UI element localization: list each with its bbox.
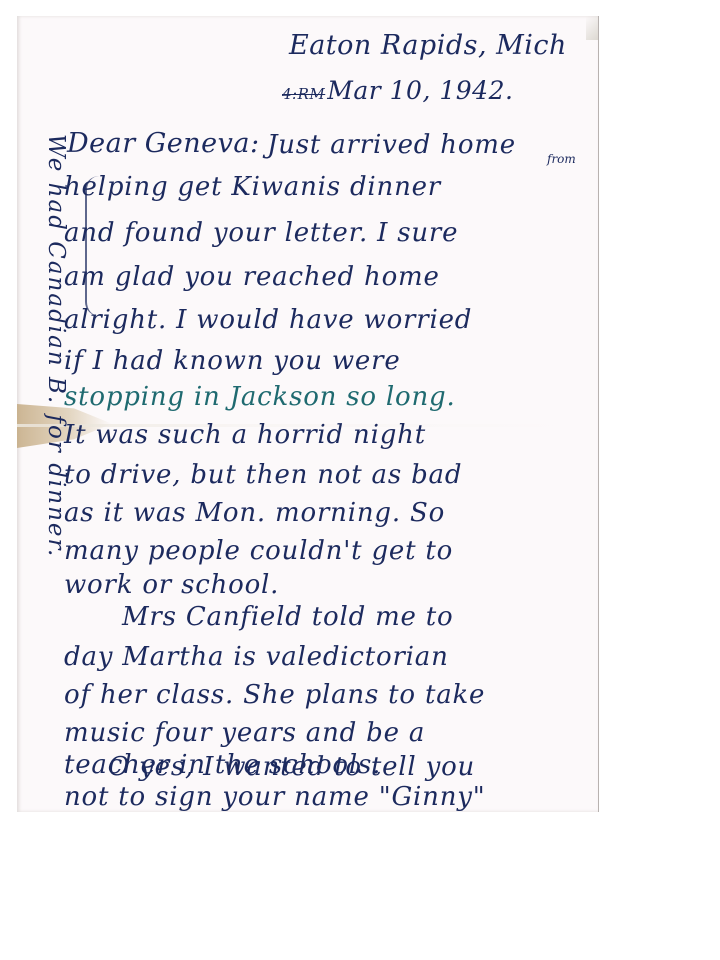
body-line: Just arrived home — [267, 130, 516, 160]
body-line: if I had known you were — [64, 346, 401, 376]
body-line: O yes, I wanted to tell you — [108, 752, 475, 782]
letter-page: Eaton Rapids, Mich 4:RMMar 10, 1942. Dea… — [17, 16, 599, 812]
letter-place: Eaton Rapids, Mich — [289, 30, 567, 61]
body-line: alright. I would have worried — [64, 305, 472, 335]
letter-date: 4:RMMar 10, 1942. — [282, 76, 513, 105]
body-line: work or school. — [64, 570, 279, 600]
body-line: It was such a horrid night — [64, 420, 426, 450]
date-text: Mar 10, 1942. — [327, 76, 513, 105]
body-line: Mrs Canfield told me to — [122, 602, 453, 632]
body-line: to drive, but then not as bad — [64, 460, 462, 490]
body-line: stopping in Jackson so long. — [64, 382, 456, 412]
body-line: music four years and be a — [64, 718, 425, 748]
body-line: not to sign your name "Ginny" — [64, 782, 486, 812]
body-line: as it was Mon. morning. So — [64, 498, 445, 528]
margin-bracket — [85, 176, 101, 316]
inserted-word: from — [547, 152, 576, 166]
margin-note: We had Canadian B. for dinner. — [43, 134, 69, 734]
date-prefix: 4:RM — [282, 85, 325, 103]
body-line: day Martha is valedictorian — [64, 642, 449, 672]
body-line: of her class. She plans to take — [64, 680, 485, 710]
body-line: many people couldn't get to — [64, 536, 453, 566]
body-line: helping get Kiwanis dinner — [64, 172, 441, 202]
body-line: am glad you reached home — [64, 262, 440, 292]
salutation: Dear Geneva: — [67, 128, 260, 159]
body-line: and found your letter. I sure — [64, 218, 458, 248]
